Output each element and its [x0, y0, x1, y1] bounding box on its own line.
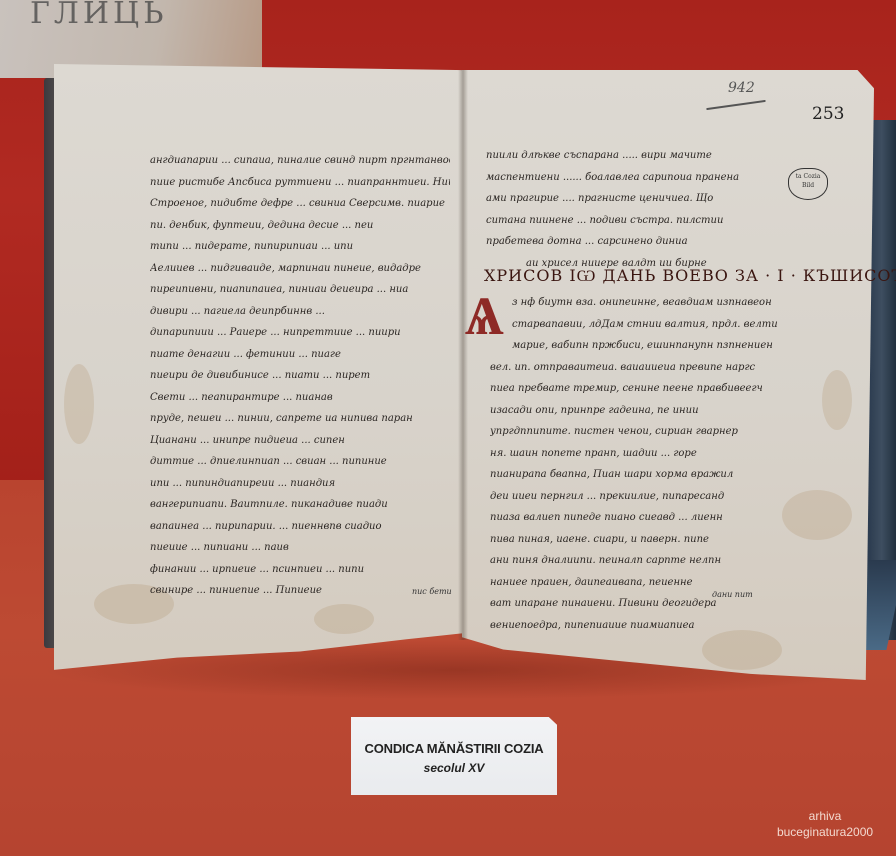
text-line: вениепоедра, пипепиаиие пиамиапиеа	[490, 615, 780, 637]
text-line: пианирапа бвапна, Пиан шари хорма вражил	[490, 464, 780, 486]
text-line: ситана пиинене ... подиви състра. пилсти…	[486, 210, 776, 232]
right-page-text-top: пиили длѣкве съспарана ..... вири мачите…	[486, 145, 776, 274]
text-line: вапаинеа ... пирипарии. ... пиеннвпв сиа…	[150, 516, 450, 538]
rubric-heading: ХРИСОВ ІѠ ДАНЬ ВОЕВО ЗА · І · КЪШИСОТ га…	[484, 266, 896, 286]
text-line: пиие ристибе Апсбиса руттиени ... пиапра…	[150, 172, 450, 194]
text-line: вангерипиапи. Ваитпиле. пиканадиве пиади	[150, 494, 450, 516]
background-document-script: ГЛИЦЬ	[30, 0, 167, 31]
text-line: изасади опи, принпре гадеина, пе инии	[490, 400, 780, 422]
text-line: пиеиие ... пипиани ... паив	[150, 537, 450, 559]
text-line: диттие ... дпиелинпиап ... свиан ... пип…	[150, 451, 450, 473]
left-page-signature: пис бети	[412, 587, 452, 596]
right-page-signature: дани пит	[712, 590, 753, 599]
text-line: дипарипиии ... Раиере ... нипреттиие ...…	[150, 322, 450, 344]
text-line: пиили длѣкве съспарана ..... вири мачите	[486, 145, 776, 167]
library-stamp: ta Cozia Bild	[788, 168, 828, 200]
old-folio-number: 942	[728, 80, 755, 96]
text-line: пи. денбик, фуптеии, дедина десие ... пе…	[150, 215, 450, 237]
text-line: марие, вабипн пржбиси, ешинпанупн пзпнен…	[490, 335, 780, 357]
text-line: вел. ип. отправаитеиа. ваиаииеиа превипе…	[490, 357, 780, 379]
text-line: ами прагирие .... прагнисте ценичиеа. Що	[486, 188, 776, 210]
text-line: пиеири де дивибинисе ... пиати ... пирет	[150, 365, 450, 387]
book-gutter	[458, 70, 468, 640]
text-line: прабетева дотна ... сарсинено диниа	[486, 231, 776, 253]
text-line: дивири ... пагиела деипрбиннв ...	[150, 301, 450, 323]
watermark-line-2: buceginatura2000	[760, 824, 890, 840]
exhibit-label-subtitle: secolul XV	[351, 761, 557, 775]
folio-number: 253	[812, 104, 844, 124]
text-line: свинире ... пиниепие ... Пипиеие	[150, 580, 450, 602]
rubric-heading-text: ХРИСОВ ІѠ ДАНЬ ВОЕВО ЗА · І · КЪШИСОТ	[484, 266, 896, 285]
text-line: упргдппипите. пистен ченои, сириан гварн…	[490, 421, 780, 443]
text-line: пиаза валиеп пипеде пиано сиеавд ... лие…	[490, 507, 780, 529]
photo-scene: ГЛИЦЬ ангдиапарии ... сипаиа, пиналие св…	[0, 0, 896, 856]
exhibit-label: CONDICA MĂNĂSTIRII COZIA secolul XV	[351, 717, 557, 795]
text-line: деи ииеи пернгил ... прекиилие, пипареса…	[490, 486, 780, 508]
text-line: пиеа пребвате тремир, сенине пеене правб…	[490, 378, 780, 400]
text-line: Строеное, пидибте дефре ... свиниа Сверс…	[150, 193, 450, 215]
left-page-text: ангдиапарии ... сипаиа, пиналие свинд пи…	[150, 150, 450, 602]
text-line: маспентиени ...... боалавлеа сарипоиа пр…	[486, 167, 776, 189]
text-line: ангдиапарии ... сипаиа, пиналие свинд пи…	[150, 150, 450, 172]
exhibit-label-title: CONDICA MĂNĂSTIRII COZIA	[351, 741, 557, 756]
text-line: пиате денагии ... фетинии ... пиаге	[150, 344, 450, 366]
text-line: ипи ... пипиндиапиреии ... пиандия	[150, 473, 450, 495]
text-line: Цианани ... инипре пидиеиа ... сипен	[150, 430, 450, 452]
text-line: старвапавии, лдДам стнии валтия, прдл. в…	[490, 314, 780, 336]
text-line: ня. шаин попете пранп, шадии ... горе	[490, 443, 780, 465]
text-line: з нф биутн вза. онипеинне, веавдиам изпн…	[490, 292, 780, 314]
text-line: Аелииев ... пидгиваиде, марпинаи пинеие,…	[150, 258, 450, 280]
text-line: Свети ... пеапирантире ... пианав	[150, 387, 450, 409]
watermark: arhiva buceginatura2000	[760, 808, 890, 840]
text-line: ани пиня дналиипи. пеиналп сарпте нелпн	[490, 550, 780, 572]
right-page-text-body: з нф биутн вза. онипеинне, веавдиам изпн…	[490, 292, 780, 636]
text-line: финании ... ирпиеие ... псинпиеи ... пип…	[150, 559, 450, 581]
watermark-line-1: arhiva	[760, 808, 890, 824]
text-line: пива пиная, иаене. сиари, и паверн. пипе	[490, 529, 780, 551]
text-line: типи ... пидерате, пипирипиаи ... ипи	[150, 236, 450, 258]
text-line: пиреипивни, пиапипаиеа, пиниаи деиеира .…	[150, 279, 450, 301]
text-line: пруде, пешеи ... пинии, сапрете иа нипив…	[150, 408, 450, 430]
